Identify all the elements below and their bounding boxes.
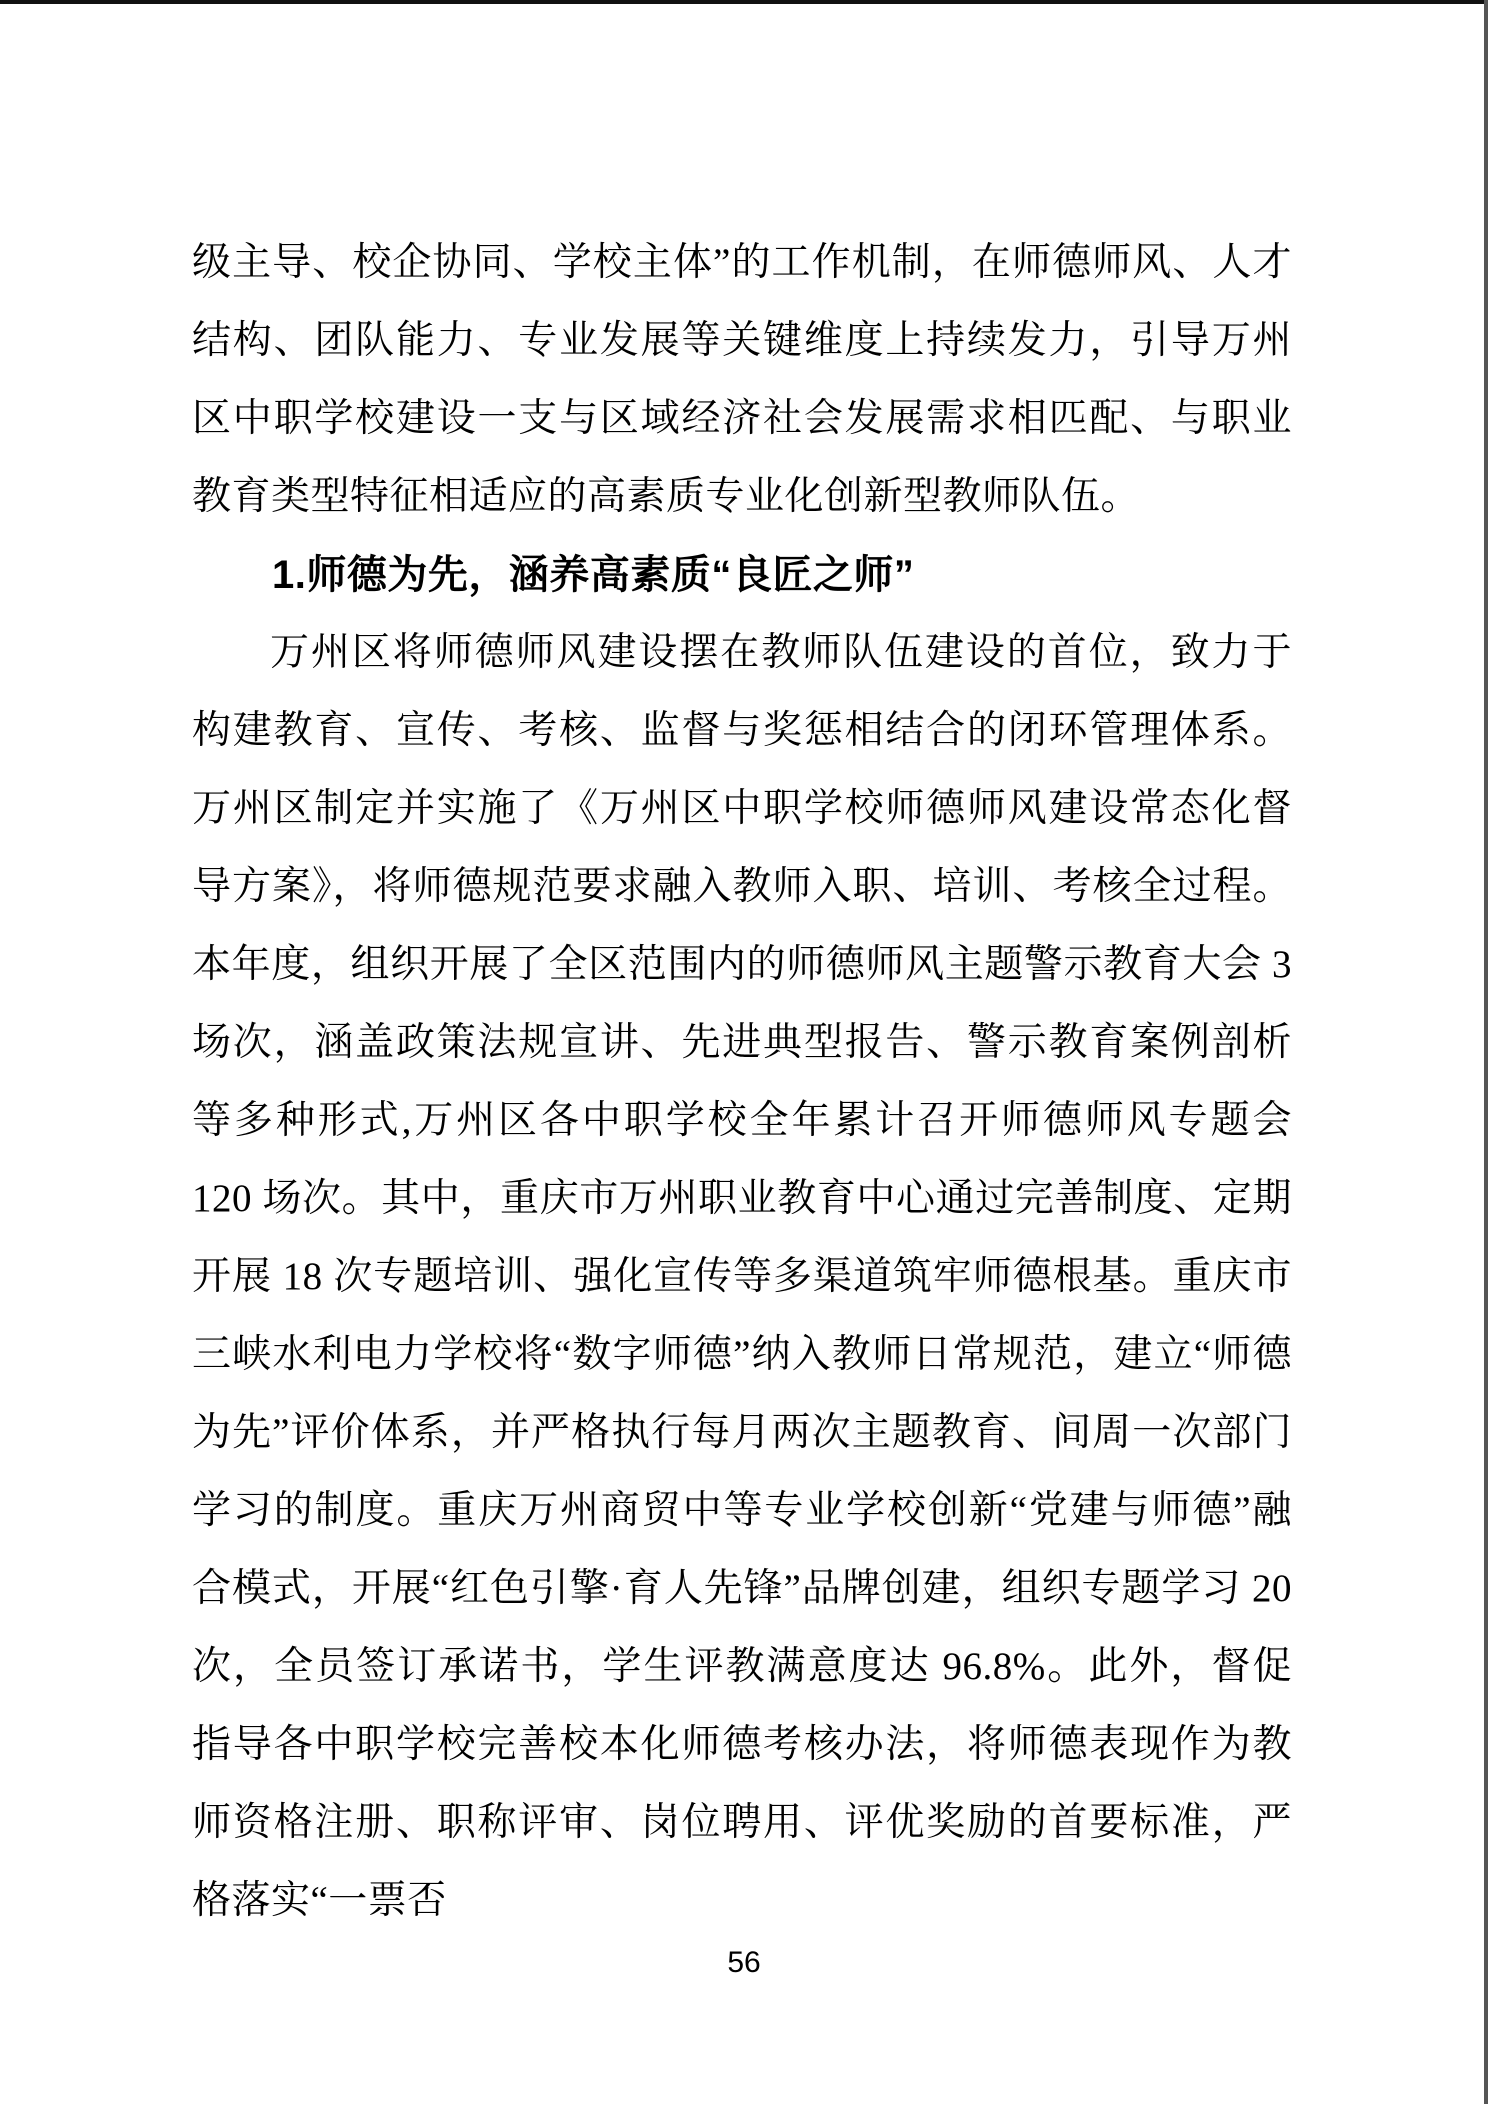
paragraph-body: 万州区将师德师风建设摆在教师队伍建设的首位，致力于构建教育、宣传、考核、监督与奖…: [192, 614, 1292, 1940]
page-top-edge-line: [0, 0, 1488, 4]
section-heading: 1.师德为先，涵养高素质“良匠之师”: [192, 536, 1292, 614]
paragraph-continuation: 级主导、校企协同、学校主体”的工作机制，在师德师风、人才结构、团队能力、专业发展…: [192, 224, 1292, 536]
page-number: 56: [0, 1943, 1488, 1983]
page-right-edge-line: [1484, 0, 1488, 2104]
document-page: 级主导、校企协同、学校主体”的工作机制，在师德师风、人才结构、团队能力、专业发展…: [0, 0, 1488, 2104]
page-text-block: 级主导、校企协同、学校主体”的工作机制，在师德师风、人才结构、团队能力、专业发展…: [192, 224, 1292, 1940]
